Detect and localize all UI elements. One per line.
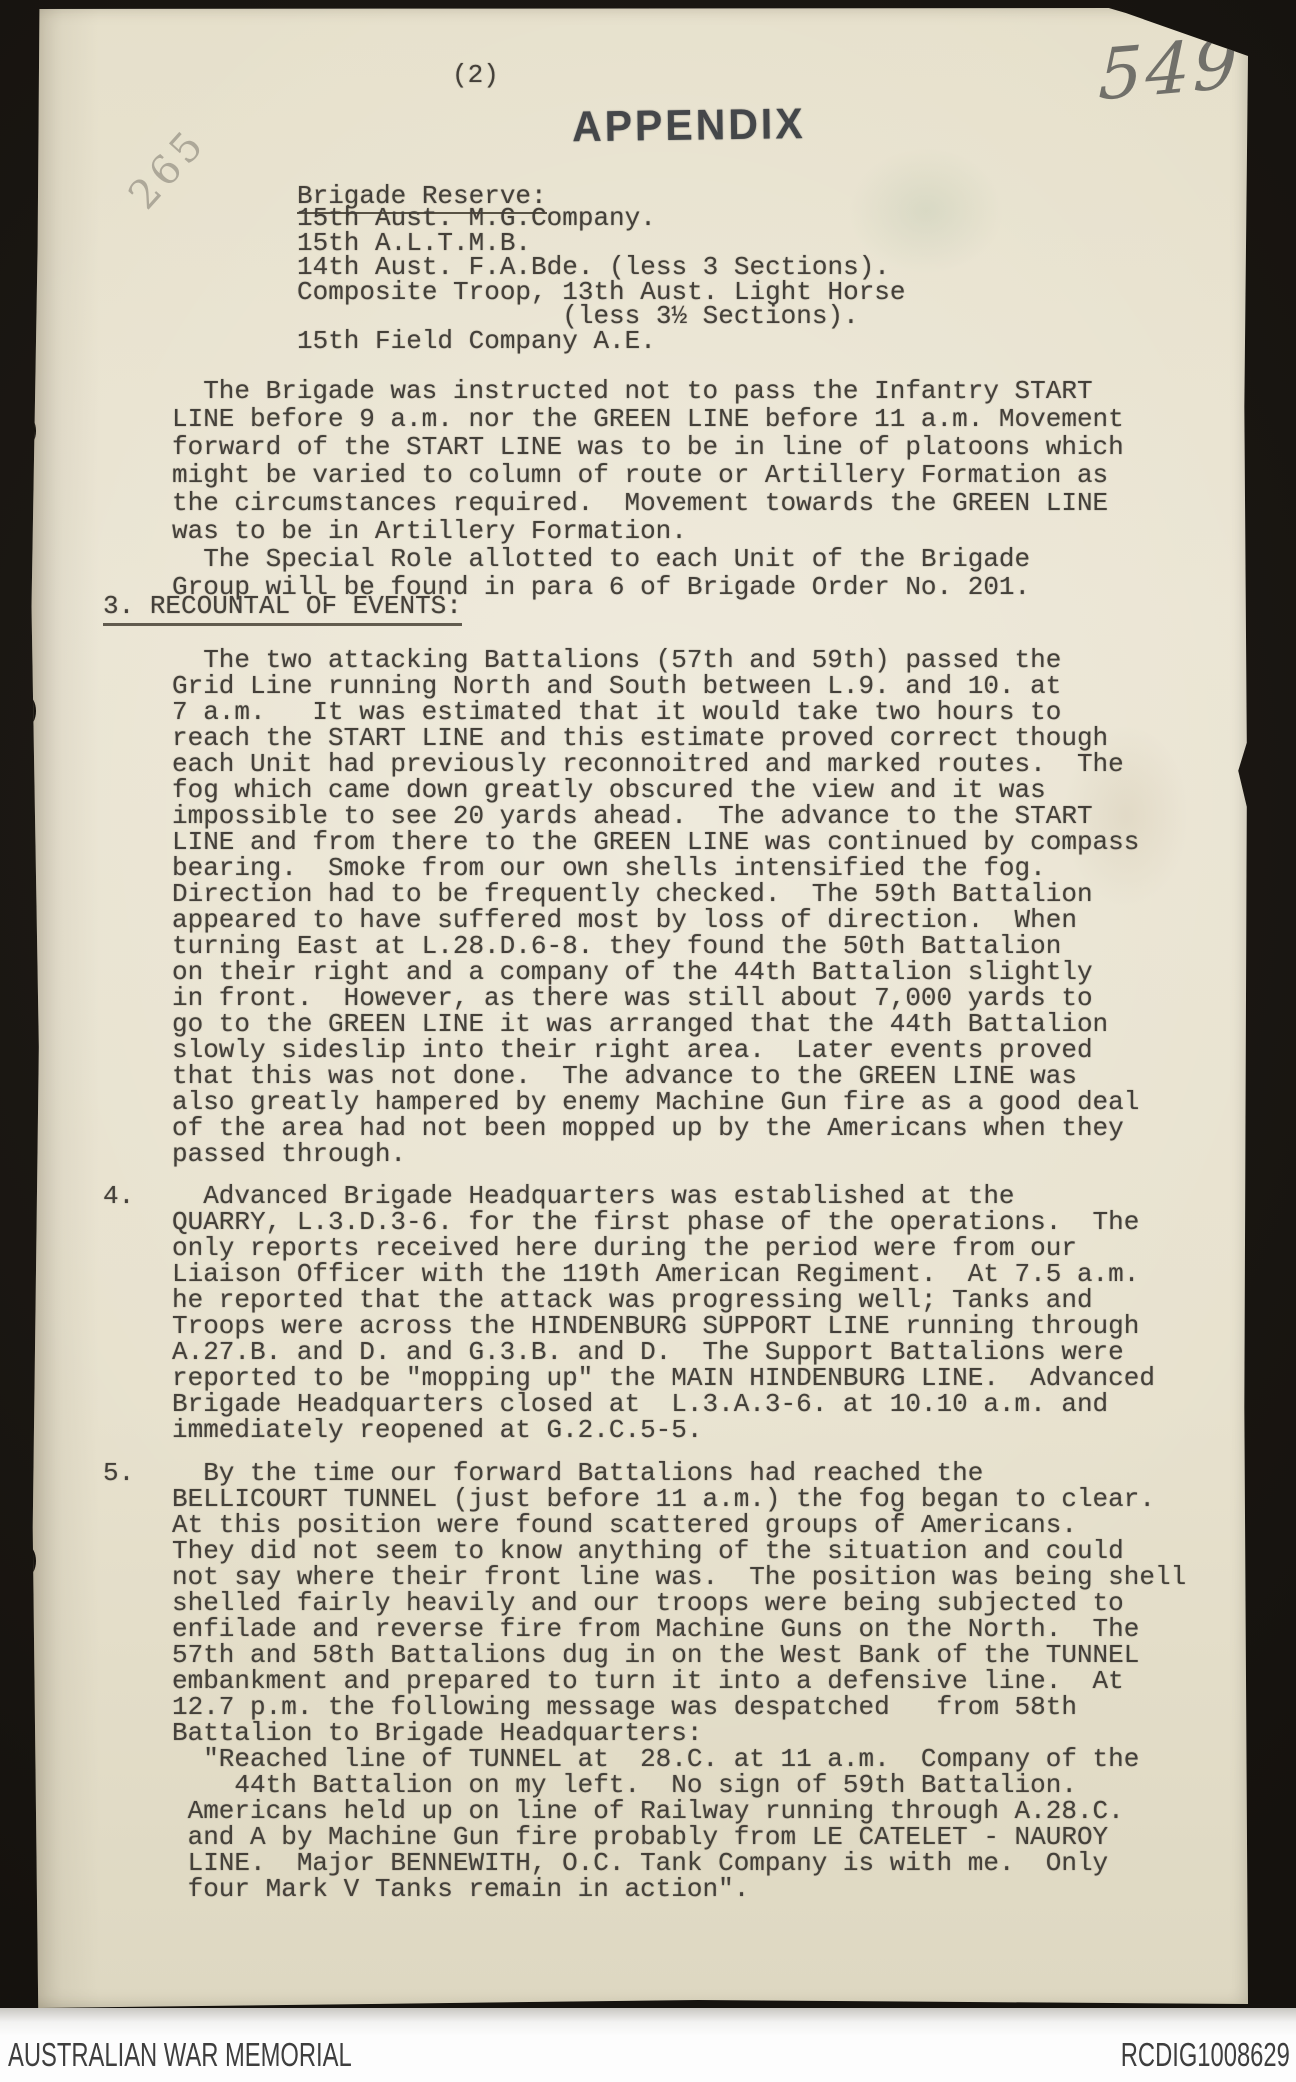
- torn-edge-mark: [19, 1256, 36, 1286]
- torn-edge-mark: [19, 416, 36, 446]
- scan-viewport: (2) 549 APPENDIX 265 Brigade Reserve: 15…: [0, 0, 1296, 2082]
- torn-edge-mark: [19, 1546, 36, 1576]
- appendix-stamp: APPENDIX: [572, 99, 806, 152]
- torn-edge-mark: [19, 696, 36, 726]
- torn-edge-mark: [19, 176, 36, 206]
- awm-footer-bar: AUSTRALIAN WAR MEMORIAL RCDIG1008629: [0, 2008, 1296, 2082]
- handwritten-folio-number: 549: [1098, 22, 1242, 117]
- footer-reference-id: RCDIG1008629: [1121, 2036, 1290, 2074]
- torn-edge-mark: [19, 1831, 36, 1861]
- paragraph-5-number: 5.: [103, 1460, 134, 1486]
- paragraph-movement-orders: The Brigade was instructed not to pass t…: [172, 377, 1124, 601]
- page-number: (2): [452, 60, 499, 90]
- section-3-number: 3.: [103, 591, 134, 621]
- copy-number-stamp: 265: [120, 120, 215, 219]
- paragraph-4-number: 4.: [103, 1183, 134, 1209]
- paragraph-bellicourt-tunnel: By the time our forward Battalions had r…: [172, 1460, 1186, 1902]
- footer-institution: AUSTRALIAN WAR MEMORIAL: [8, 2036, 352, 2074]
- section-3-title: RECOUNTAL OF EVENTS:: [134, 591, 462, 621]
- brigade-reserve-list: 15th Aust. M.G.Company. 15th A.L.T.M.B. …: [297, 206, 906, 353]
- document-page: (2) 549 APPENDIX 265 Brigade Reserve: 15…: [26, 6, 1248, 2008]
- paragraph-recountal-of-events: The two attacking Battalions (57th and 5…: [172, 647, 1139, 1167]
- paragraph-advanced-headquarters: Advanced Brigade Headquarters was establ…: [172, 1183, 1155, 1443]
- section-3-heading: 3. RECOUNTAL OF EVENTS:: [103, 592, 462, 626]
- torn-edge-mark: [19, 976, 36, 1006]
